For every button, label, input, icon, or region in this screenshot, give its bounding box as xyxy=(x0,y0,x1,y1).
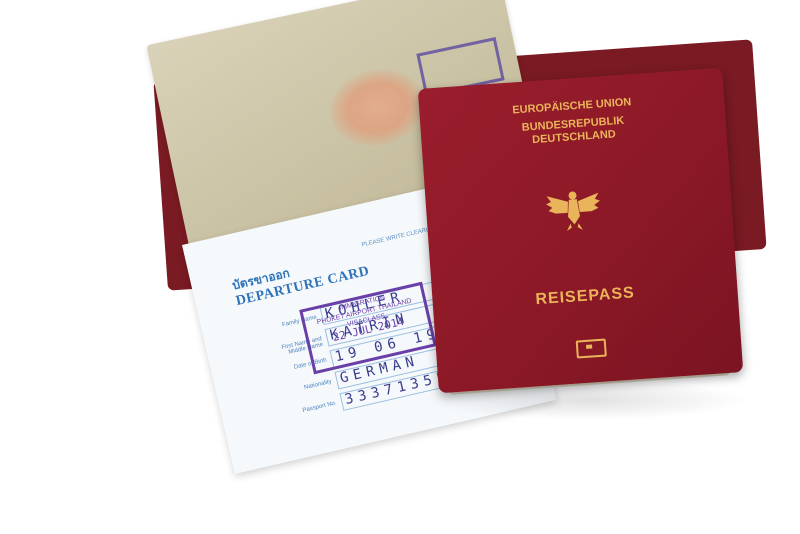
biometric-chip-icon xyxy=(576,339,607,359)
field-label: Nationality xyxy=(272,379,332,398)
german-passport: EUROPÄISCHE UNION BUNDESREPUBLIK DEUTSCH… xyxy=(418,68,744,394)
passport-title: REISEPASS xyxy=(432,277,738,316)
field-label: Passport No. xyxy=(277,400,337,419)
eagle-icon xyxy=(542,184,605,233)
